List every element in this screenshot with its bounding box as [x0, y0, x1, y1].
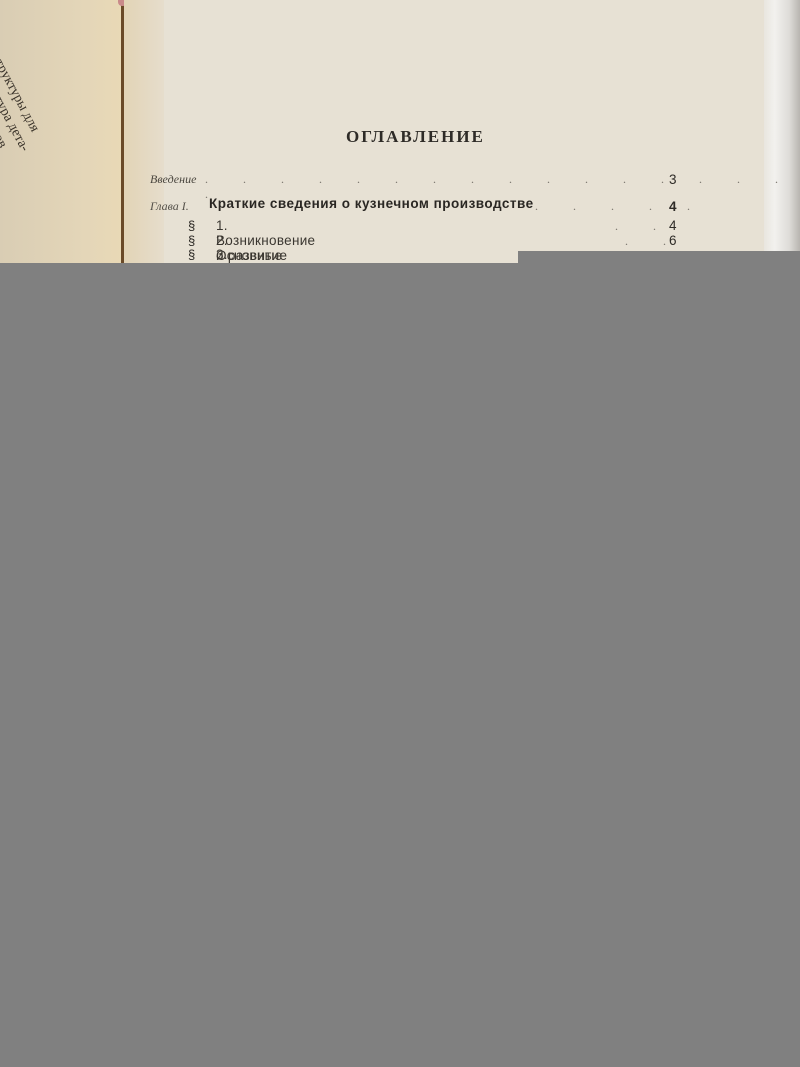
- toc-chapter-title: Краткие сведения о кузнечном производств…: [209, 196, 534, 211]
- toc-chapter-label: Глава I.: [150, 199, 189, 214]
- gray-occluder: [0, 263, 800, 1067]
- toc-section-leader: . .: [615, 219, 672, 234]
- left-page: ству структуры для неизменно контура дет…: [0, 0, 123, 270]
- page-edge: [764, 0, 800, 270]
- left-page-text: ству структуры для неизменно контура дет…: [0, 0, 64, 251]
- toc-chapter-leader: . . . . .: [535, 199, 706, 214]
- section-sign-icon: §: [188, 233, 196, 248]
- toc-chapter-page: 4: [669, 199, 677, 214]
- toc-section-page: 6: [669, 233, 677, 248]
- toc-intro-page: 3: [669, 172, 677, 187]
- gray-occluder-step: [518, 251, 800, 271]
- page-gutter: [124, 0, 164, 270]
- toc-intro-label: Введение: [150, 172, 196, 187]
- section-sign-icon: §: [188, 218, 196, 233]
- section-sign-icon: §: [188, 247, 196, 262]
- book-photo: ству структуры для неизменно контура дет…: [0, 0, 800, 270]
- toc-title: ОГЛАВЛЕНИЕ: [346, 127, 485, 147]
- toc-section-page: 4: [669, 218, 677, 233]
